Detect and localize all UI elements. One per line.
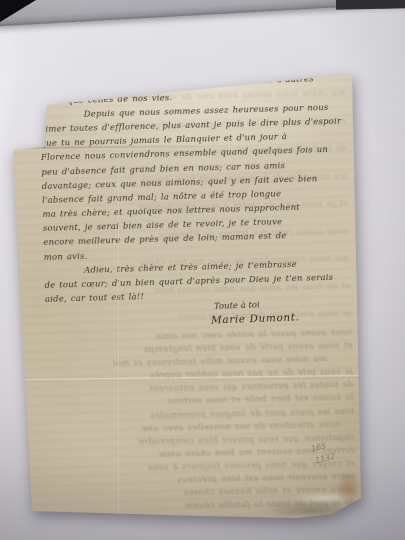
letter-line: vie, il me semble que c'est d'en haut et…: [38, 43, 356, 66]
corner-curl-shadow: [262, 502, 362, 518]
letter-paper-wrap: ma chère nous serons bien aise de vous r…: [0, 0, 405, 540]
letter-paper: ma chère nous serons bien aise de vous r…: [0, 0, 405, 540]
letter-text: vie, il me semble que c'est d'en haut et…: [38, 43, 363, 307]
photo-scene: ma chère nous serons bien aise de vous r…: [0, 0, 405, 540]
dark-background-strip: [336, 0, 405, 10]
letter-line: que le ciel nous mène toujours car j'ima…: [38, 57, 356, 80]
vertical-fold-crease: [118, 150, 120, 515]
showthrough-text-lower: nous avons passé la soirée avec nos amis…: [34, 327, 356, 517]
foxing-stain: [337, 472, 360, 504]
letter-closing: Toute à toi: [214, 300, 260, 312]
